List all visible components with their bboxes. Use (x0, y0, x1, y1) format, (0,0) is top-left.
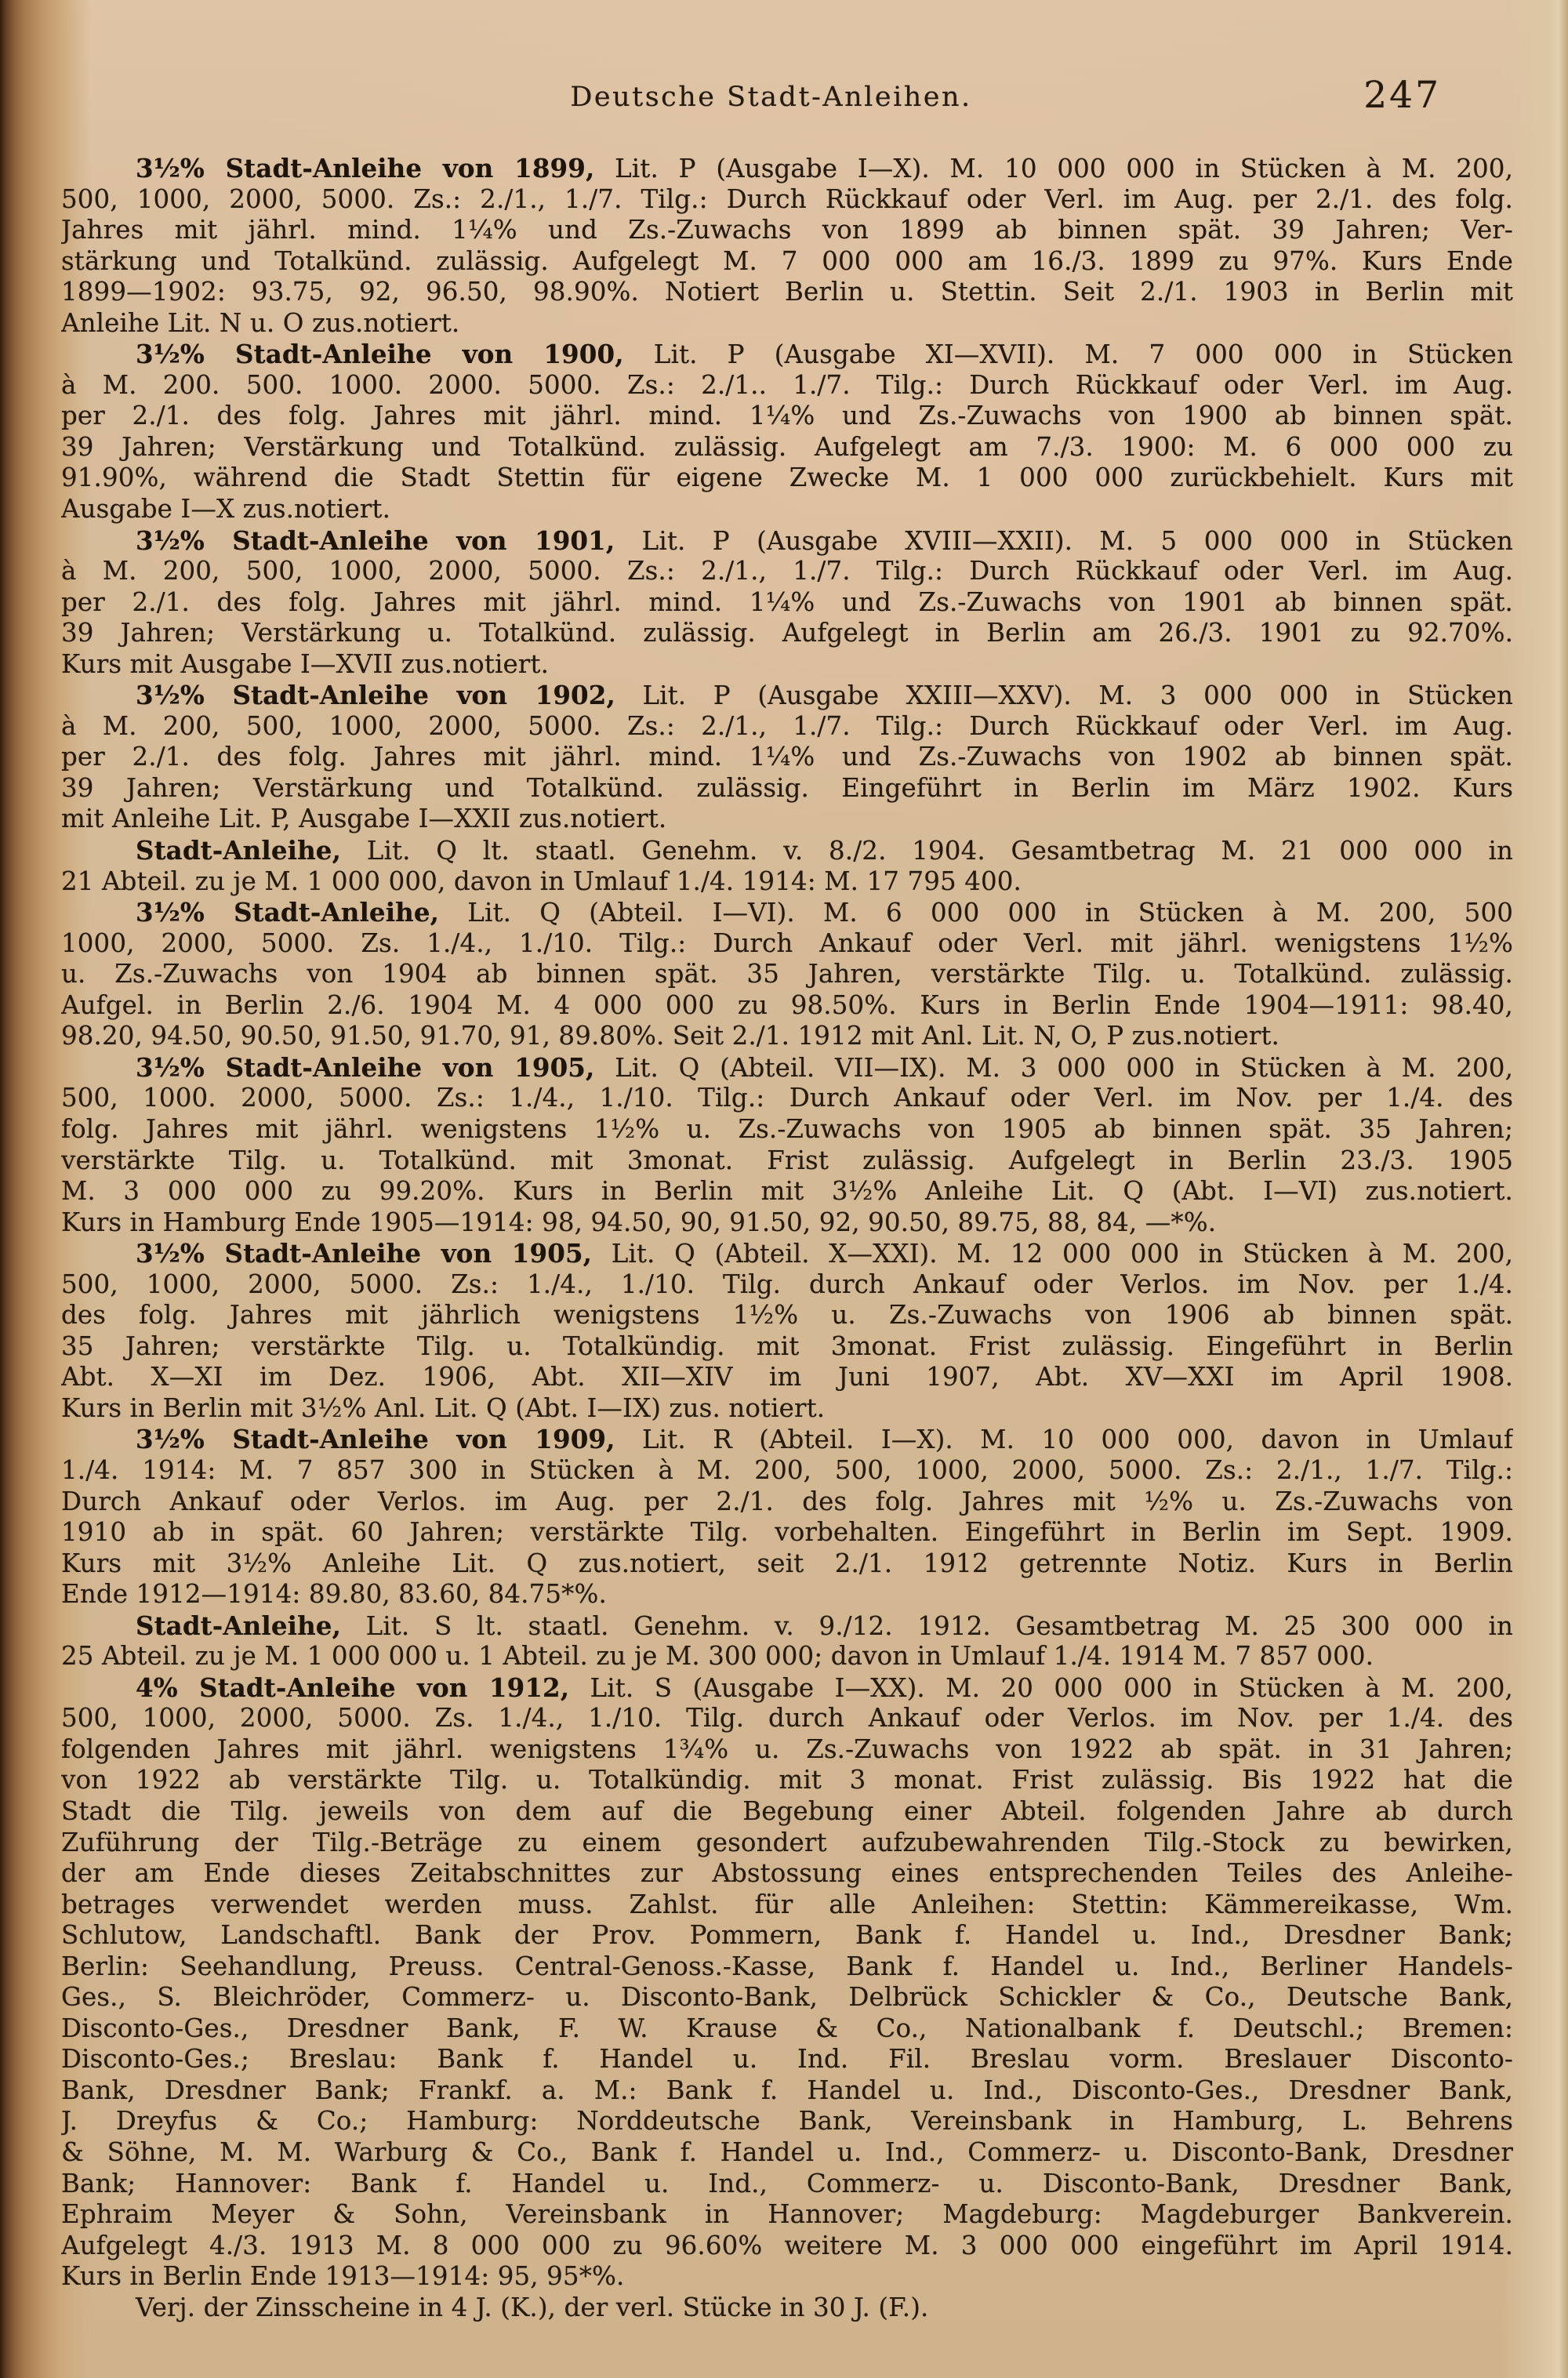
text-line: per 2./1. des folg. Jahres mit jährl. mi… (61, 587, 1513, 619)
text-line: folg. Jahres mit jährl. wenigstens 1¹⁄₂%… (61, 1114, 1513, 1145)
line-text: 39 Jahren; Verstärkung u. Totalkünd. zul… (61, 618, 1513, 648)
line-text: folg. Jahres mit jährl. wenigstens 1¹⁄₂%… (61, 1114, 1513, 1144)
text-line: Verj. der Zinsscheine in 4 J. (K.), der … (61, 2293, 1513, 2324)
line-text: à M. 200. 500. 1000. 2000. 5000. Zs.: 2.… (61, 370, 1513, 400)
text-line: 500, 1000. 2000, 5000. Zs.: 1./4., 1./10… (61, 1083, 1513, 1114)
line-text: stärkung und Totalkünd. zulässig. Aufgel… (61, 246, 1513, 276)
line-text: à M. 200, 500, 1000, 2000, 5000. Zs.: 2.… (61, 711, 1513, 741)
line-text: Lit. P (Ausgabe I—X). M. 10 000 000 in S… (594, 154, 1513, 183)
line-text: Lit. Q (Abteil. I—VI). M. 6 000 000 in S… (439, 898, 1513, 928)
line-text: Ges., S. Bleichröder, Commerz- u. Discon… (61, 1982, 1513, 2012)
text-line: Disconto-Ges.; Breslau: Bank f. Handel u… (61, 2044, 1513, 2075)
entry-lead-bold: 3¹⁄₂% Stadt-Anleihe von 1901, (136, 525, 615, 556)
line-text: Jahres mit jährl. mind. 1¹⁄₄% und Zs.-Zu… (61, 215, 1513, 245)
line-text: 1910 ab in spät. 60 Jahren; verstärkte T… (61, 1517, 1513, 1547)
text-line: verstärkte Tilg. u. Totalkünd. mit 3mona… (61, 1145, 1513, 1177)
line-text: Lit. P (Ausgabe XVIII—XXII). M. 5 000 00… (615, 526, 1513, 556)
line-text: 1./4. 1914: M. 7 857 300 in Stücken à M.… (61, 1455, 1513, 1485)
text-line: 25 Abteil. zu je M. 1 000 000 u. 1 Abtei… (61, 1641, 1513, 1672)
line-text: Kurs in Berlin mit 3¹⁄₂% Anl. Lit. Q (Ab… (61, 1393, 825, 1423)
text-line: Kurs in Hamburg Ende 1905—1914: 98, 94.5… (61, 1207, 1513, 1239)
text-line: 3¹⁄₂% Stadt-Anleihe von 1900, Lit. P (Au… (61, 339, 1513, 370)
line-text: M. 3 000 000 zu 99.20%. Kurs in Berlin m… (61, 1176, 1513, 1206)
line-text: von 1922 ab verstärkte Tilg. u. Totalkün… (61, 1765, 1513, 1795)
line-text: Kurs mit Ausgabe I—XVII zus.notiert. (61, 649, 549, 679)
text-line: Stadt-Anleihe, Lit. S lt. staatl. Genehm… (61, 1610, 1513, 1642)
text-line: 91.90%, während die Stadt Stettin für ei… (61, 463, 1513, 494)
text-line: 3¹⁄₂% Stadt-Anleihe von 1905, Lit. Q (Ab… (61, 1052, 1513, 1084)
text-line: Disconto-Ges., Dresdner Bank, F. W. Krau… (61, 2013, 1513, 2045)
text-line: 3¹⁄₂% Stadt-Anleihe von 1899, Lit. P (Au… (61, 153, 1513, 184)
text-line: 3¹⁄₂% Stadt-Anleihe von 1905, Lit. Q (Ab… (61, 1238, 1513, 1269)
text-line: 500, 1000, 2000, 5000. Zs.: 2./1., 1./7.… (61, 184, 1513, 216)
line-text: mit Anleihe Lit. P, Ausgabe I—XXII zus.n… (61, 804, 666, 833)
line-text: Lit. S (Ausgabe I—XX). M. 20 000 000 in … (569, 1673, 1513, 1703)
text-line: per 2./1. des folg. Jahres mit jährl. mi… (61, 401, 1513, 432)
line-text: Lit. S lt. staatl. Genehm. v. 9./12. 191… (341, 1611, 1513, 1641)
line-text: Durch Ankauf oder Verlos. im Aug. per 2.… (61, 1487, 1513, 1516)
line-text: 25 Abteil. zu je M. 1 000 000 u. 1 Abtei… (61, 1641, 1374, 1671)
text-line: Anleihe Lit. N u. O zus.notiert. (61, 308, 1513, 339)
line-text: 39 Jahren; Verstärkung und Totalkünd. zu… (61, 432, 1513, 462)
text-line: Aufgel. in Berlin 2./6. 1904 M. 4 000 00… (61, 990, 1513, 1022)
line-text: Berlin: Seehandlung, Preuss. Central-Gen… (61, 1951, 1513, 1981)
text-line: Schlutow, Landschaftl. Bank der Prov. Po… (61, 1920, 1513, 1951)
entry-lead-bold: 3¹⁄₂% Stadt-Anleihe von 1900, (136, 339, 624, 369)
text-line: Jahres mit jährl. mind. 1¹⁄₄% und Zs.-Zu… (61, 215, 1513, 246)
text-line: Durch Ankauf oder Verlos. im Aug. per 2.… (61, 1487, 1513, 1518)
line-text: 21 Abteil. zu je M. 1 000 000, davon in … (61, 866, 1022, 896)
text-line: Zuführung der Tilg.-Beträge zu einem ges… (61, 1828, 1513, 1859)
text-line: Kurs in Berlin mit 3¹⁄₂% Anl. Lit. Q (Ab… (61, 1393, 1513, 1425)
text-line: 98.20, 94.50, 90.50, 91.50, 91.70, 91, 8… (61, 1021, 1513, 1052)
page-header: Deutsche Stadt-Anleihen. 247 (61, 74, 1513, 121)
text-line: Ende 1912—1914: 89.80, 83.60, 84.75*%. (61, 1579, 1513, 1610)
line-text: J. Dreyfus & Co.; Hamburg: Norddeutsche … (61, 2106, 1513, 2136)
text-line: Ges., S. Bleichröder, Commerz- u. Discon… (61, 1982, 1513, 2013)
text-line: 39 Jahren; Verstärkung und Totalkünd. zu… (61, 432, 1513, 463)
text-line: Bank; Hannover: Bank f. Handel u. Ind., … (61, 2169, 1513, 2200)
line-text: Lit. Q (Abteil. X—XXI). M. 12 000 000 in… (592, 1239, 1513, 1269)
text-line: 39 Jahren; Verstärkung u. Totalkünd. zul… (61, 618, 1513, 649)
entry-lead-bold: 3¹⁄₂% Stadt-Anleihe, (136, 897, 439, 928)
text-line: 39 Jahren; Verstärkung und Totalkünd. zu… (61, 773, 1513, 804)
page-text-block: 3¹⁄₂% Stadt-Anleihe von 1899, Lit. P (Au… (61, 153, 1513, 2323)
line-text: 500, 1000. 2000, 5000. Zs.: 1./4., 1./10… (61, 1083, 1513, 1113)
book-page: Deutsche Stadt-Anleihen. 247 3¹⁄₂% Stadt… (0, 0, 1568, 2378)
text-line: 3¹⁄₂% Stadt-Anleihe von 1902, Lit. P (Au… (61, 680, 1513, 711)
running-title: Deutsche Stadt-Anleihen. (570, 82, 971, 113)
line-text: per 2./1. des folg. Jahres mit jährl. mi… (61, 742, 1513, 771)
entry-lead-bold: 4% Stadt-Anleihe von 1912, (136, 1672, 569, 1703)
text-line: 500, 1000, 2000, 5000. Zs.: 1./4., 1./10… (61, 1269, 1513, 1301)
line-text: per 2./1. des folg. Jahres mit jährl. mi… (61, 401, 1513, 430)
line-text: Ephraim Meyer & Sohn, Vereinsbank in Han… (61, 2199, 1513, 2229)
text-line: des folg. Jahres mit jährlich wenigstens… (61, 1300, 1513, 1331)
line-text: Ausgabe I—X zus.notiert. (61, 494, 390, 524)
text-line: u. Zs.-Zuwachs von 1904 ab binnen spät. … (61, 959, 1513, 990)
line-text: & Söhne, M. M. Warburg & Co., Bank f. Ha… (61, 2137, 1513, 2167)
text-line: Bank, Dresdner Bank; Frankf. a. M.: Bank… (61, 2075, 1513, 2107)
text-line: 3¹⁄₂% Stadt-Anleihe, Lit. Q (Abteil. I—V… (61, 897, 1513, 928)
line-text: der am Ende dieses Zeitabschnittes zur A… (61, 1858, 1513, 1888)
line-text: Lit. Q (Abteil. VII—IX). M. 3 000 000 in… (594, 1053, 1513, 1083)
line-text: 39 Jahren; Verstärkung und Totalkünd. zu… (61, 773, 1513, 803)
text-line: Kurs mit 3¹⁄₂% Anleihe Lit. Q zus.notier… (61, 1548, 1513, 1580)
line-text: u. Zs.-Zuwachs von 1904 ab binnen spät. … (61, 959, 1513, 989)
line-text: Anleihe Lit. N u. O zus.notiert. (61, 308, 459, 338)
line-text: per 2./1. des folg. Jahres mit jährl. mi… (61, 587, 1513, 617)
line-text: Kurs mit 3¹⁄₂% Anleihe Lit. Q zus.notier… (61, 1548, 1513, 1578)
line-text: Disconto-Ges.; Breslau: Bank f. Handel u… (61, 2044, 1513, 2074)
page-number: 247 (1363, 74, 1441, 117)
line-text: Ende 1912—1914: 89.80, 83.60, 84.75*%. (61, 1579, 607, 1609)
text-line: 35 Jahren; verstärkte Tilg. u. Totalkünd… (61, 1331, 1513, 1363)
text-line: folgenden Jahres mit jährl. wenigstens 1… (61, 1734, 1513, 1766)
line-text: Verj. der Zinsscheine in 4 J. (K.), der … (136, 2293, 928, 2322)
line-text: Abt. X—XI im Dez. 1906, Abt. XII—XIV im … (61, 1362, 1513, 1392)
line-text: 98.20, 94.50, 90.50, 91.50, 91.70, 91, 8… (61, 1021, 1279, 1051)
entry-lead-bold: 3¹⁄₂% Stadt-Anleihe von 1902, (136, 680, 615, 710)
line-text: Aufgel. in Berlin 2./6. 1904 M. 4 000 00… (61, 990, 1513, 1020)
text-line: J. Dreyfus & Co.; Hamburg: Norddeutsche … (61, 2106, 1513, 2137)
text-line: Berlin: Seehandlung, Preuss. Central-Gen… (61, 1951, 1513, 1983)
line-text: Bank; Hannover: Bank f. Handel u. Ind., … (61, 2169, 1513, 2198)
entry-lead-bold: 3¹⁄₂% Stadt-Anleihe von 1909, (136, 1424, 615, 1454)
text-line: von 1922 ab verstärkte Tilg. u. Totalkün… (61, 1765, 1513, 1796)
line-text: Lit. Q lt. staatl. Genehm. v. 8./2. 1904… (341, 836, 1513, 866)
entry-lead-bold: Stadt-Anleihe, (136, 1610, 341, 1641)
line-text: Disconto-Ges., Dresdner Bank, F. W. Krau… (61, 2013, 1513, 2043)
text-line: à M. 200. 500. 1000. 2000. 5000. Zs.: 2.… (61, 370, 1513, 401)
line-text: verstärkte Tilg. u. Totalkünd. mit 3mona… (61, 1145, 1513, 1175)
text-line: & Söhne, M. M. Warburg & Co., Bank f. Ha… (61, 2137, 1513, 2169)
line-text: folgenden Jahres mit jährl. wenigstens 1… (61, 1734, 1513, 1764)
text-line: à M. 200, 500, 1000, 2000, 5000. Zs.: 2.… (61, 711, 1513, 742)
entry-lead-bold: 3¹⁄₂% Stadt-Anleihe von 1905, (136, 1238, 592, 1269)
line-text: Schlutow, Landschaftl. Bank der Prov. Po… (61, 1920, 1513, 1950)
text-line: M. 3 000 000 zu 99.20%. Kurs in Berlin m… (61, 1176, 1513, 1207)
text-line: Abt. X—XI im Dez. 1906, Abt. XII—XIV im … (61, 1362, 1513, 1393)
text-line: 3¹⁄₂% Stadt-Anleihe von 1901, Lit. P (Au… (61, 525, 1513, 557)
text-line: 500, 1000, 2000, 5000. Zs. 1./4., 1./10.… (61, 1703, 1513, 1734)
text-line: 1./4. 1914: M. 7 857 300 in Stücken à M.… (61, 1455, 1513, 1487)
text-line: Kurs mit Ausgabe I—XVII zus.notiert. (61, 649, 1513, 681)
text-line: à M. 200, 500, 1000, 2000, 5000. Zs.: 2.… (61, 556, 1513, 587)
text-line: betrages verwendet werden muss. Zahlst. … (61, 1890, 1513, 1921)
line-text: Bank, Dresdner Bank; Frankf. a. M.: Bank… (61, 2075, 1513, 2105)
text-line: Ephraim Meyer & Sohn, Vereinsbank in Han… (61, 2199, 1513, 2231)
entry-lead-bold: 3¹⁄₂% Stadt-Anleihe von 1905, (136, 1052, 594, 1083)
line-text: betrages verwendet werden muss. Zahlst. … (61, 1890, 1513, 1919)
text-line: Ausgabe I—X zus.notiert. (61, 494, 1513, 525)
entry-lead-bold: 3¹⁄₂% Stadt-Anleihe von 1899, (136, 153, 594, 183)
line-text: à M. 200, 500, 1000, 2000, 5000. Zs.: 2.… (61, 556, 1513, 586)
text-line: Stadt die Tilg. jeweils von dem auf die … (61, 1796, 1513, 1828)
line-text: 500, 1000, 2000, 5000. Zs.: 1./4., 1./10… (61, 1269, 1513, 1299)
line-text: Kurs in Berlin Ende 1913—1914: 95, 95*%. (61, 2261, 624, 2291)
text-line: mit Anleihe Lit. P, Ausgabe I—XXII zus.n… (61, 804, 1513, 835)
text-line: 1899—1902: 93.75, 92, 96.50, 98.90%. Not… (61, 277, 1513, 308)
text-line: Kurs in Berlin Ende 1913—1914: 95, 95*%. (61, 2261, 1513, 2293)
text-line: 1000, 2000, 5000. Zs. 1./4., 1./10. Tilg… (61, 928, 1513, 960)
line-text: des folg. Jahres mit jährlich wenigstens… (61, 1300, 1513, 1330)
line-text: 35 Jahren; verstärkte Tilg. u. Totalkünd… (61, 1331, 1513, 1361)
text-line: 21 Abteil. zu je M. 1 000 000, davon in … (61, 866, 1513, 898)
text-line: stärkung und Totalkünd. zulässig. Aufgel… (61, 246, 1513, 278)
line-text: 91.90%, während die Stadt Stettin für ei… (61, 463, 1513, 492)
text-line: 4% Stadt-Anleihe von 1912, Lit. S (Ausga… (61, 1672, 1513, 1704)
line-text: Stadt die Tilg. jeweils von dem auf die … (61, 1796, 1513, 1826)
line-text: 1000, 2000, 5000. Zs. 1./4., 1./10. Tilg… (61, 928, 1513, 958)
line-text: Lit. P (Ausgabe XI—XVII). M. 7 000 000 i… (624, 339, 1513, 369)
text-line: Stadt-Anleihe, Lit. Q lt. staatl. Genehm… (61, 835, 1513, 866)
text-line: Aufgelegt 4./3. 1913 M. 8 000 000 zu 96.… (61, 2231, 1513, 2262)
line-text: Kurs in Hamburg Ende 1905—1914: 98, 94.5… (61, 1207, 1216, 1237)
text-line: der am Ende dieses Zeitabschnittes zur A… (61, 1858, 1513, 1890)
line-text: Zuführung der Tilg.-Beträge zu einem ges… (61, 1828, 1513, 1857)
line-text: 500, 1000, 2000, 5000. Zs.: 2./1., 1./7.… (61, 184, 1513, 214)
line-text: 500, 1000, 2000, 5000. Zs. 1./4., 1./10.… (61, 1703, 1513, 1733)
line-text: Lit. R (Abteil. I—X). M. 10 000 000, dav… (615, 1425, 1513, 1454)
text-line: 1910 ab in spät. 60 Jahren; verstärkte T… (61, 1517, 1513, 1548)
text-line: per 2./1. des folg. Jahres mit jährl. mi… (61, 742, 1513, 773)
line-text: Aufgelegt 4./3. 1913 M. 8 000 000 zu 96.… (61, 2231, 1513, 2260)
line-text: 1899—1902: 93.75, 92, 96.50, 98.90%. Not… (61, 277, 1513, 307)
entry-lead-bold: Stadt-Anleihe, (136, 835, 341, 866)
line-text: Lit. P (Ausgabe XXIII—XXV). M. 3 000 000… (615, 681, 1513, 710)
text-line: 3¹⁄₂% Stadt-Anleihe von 1909, Lit. R (Ab… (61, 1424, 1513, 1455)
